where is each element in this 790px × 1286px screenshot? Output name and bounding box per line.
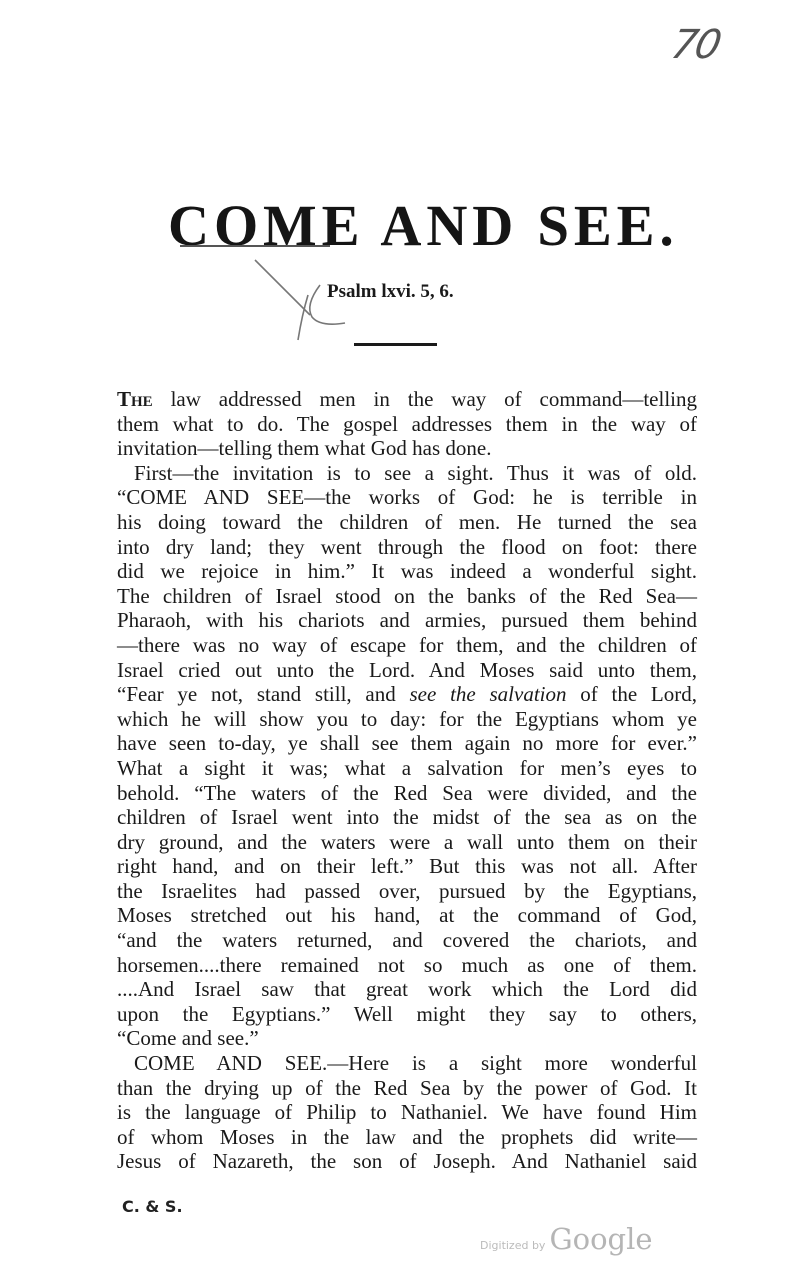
google-logo: Google: [549, 1222, 652, 1256]
text-line: The law addressed men in the way of comm…: [117, 387, 697, 412]
digitization-watermark: Digitized by Google: [480, 1222, 653, 1256]
text-line: have seen to-day, ye shall see them agai…: [117, 731, 697, 756]
text-line: dry ground, and the waters were a wall u…: [117, 830, 697, 855]
handwritten-underline: [180, 245, 330, 247]
drop-smallcaps: The: [117, 387, 153, 411]
text-line: “and the waters returned, and covered th…: [117, 928, 697, 953]
handwritten-mark-icon: [250, 255, 360, 355]
text-line: Pharaoh, with his chariots and armies, p…: [117, 608, 697, 633]
text-line: Israel cried out unto the Lord. And Mose…: [117, 658, 697, 683]
text-line: “COME AND SEE—the works of God: he is te…: [117, 485, 697, 510]
handwritten-page-number: 70: [667, 22, 724, 68]
text-line: The children of Israel stood on the bank…: [117, 584, 697, 609]
text-line: is the language of Philip to Nathaniel. …: [117, 1100, 697, 1125]
text-line: Moses stretched out his hand, at the com…: [117, 903, 697, 928]
text-line: children of Israel went into the midst o…: [117, 805, 697, 830]
text-line: —there was no way of escape for them, an…: [117, 633, 697, 658]
text-line: them what to do. The gospel addresses th…: [117, 412, 697, 437]
page-title: COME AND SEE.: [168, 192, 629, 259]
emphasis: see the salvation: [410, 682, 567, 706]
text-line: the Israelites had passed over, pursued …: [117, 879, 697, 904]
text-line: Jesus of Nazareth, the son of Joseph. An…: [117, 1149, 697, 1174]
text-line: COME AND SEE.—Here is a sight more wonde…: [117, 1051, 697, 1076]
watermark-prefix: Digitized by: [480, 1239, 545, 1252]
text-line: right hand, and on their left.” But this…: [117, 854, 697, 879]
text-line: What a sight it was; what a salvation fo…: [117, 756, 697, 781]
text-line: of whom Moses in the law and the prophet…: [117, 1125, 697, 1150]
section-rule: [354, 343, 437, 346]
text-line: did we rejoice in him.” It was indeed a …: [117, 559, 697, 584]
text-line: “Come and see.”: [117, 1026, 697, 1051]
text-line: horsemen....there remained not so much a…: [117, 953, 697, 978]
text-line: “Fear ye not, stand still, and see the s…: [117, 682, 697, 707]
body-text: The law addressed men in the way of comm…: [117, 387, 697, 1174]
text-line: First—the invitation is to see a sight. …: [117, 461, 697, 486]
text-line: ....And Israel saw that great work which…: [117, 977, 697, 1002]
text-line: upon the Egyptians.” Well might they say…: [117, 1002, 697, 1027]
text-line: than the drying up of the Red Sea by the…: [117, 1076, 697, 1101]
scripture-reference: Psalm lxvi. 5, 6.: [327, 281, 454, 303]
text-line: which he will show you to day: for the E…: [117, 707, 697, 732]
text-line: into dry land; they went through the flo…: [117, 535, 697, 560]
printer-signature: C. & S.: [122, 1197, 183, 1216]
text-line: behold. “The waters of the Red Sea were …: [117, 781, 697, 806]
text-line: his doing toward the children of men. He…: [117, 510, 697, 535]
text-line: invitation—telling them what God has don…: [117, 436, 697, 461]
